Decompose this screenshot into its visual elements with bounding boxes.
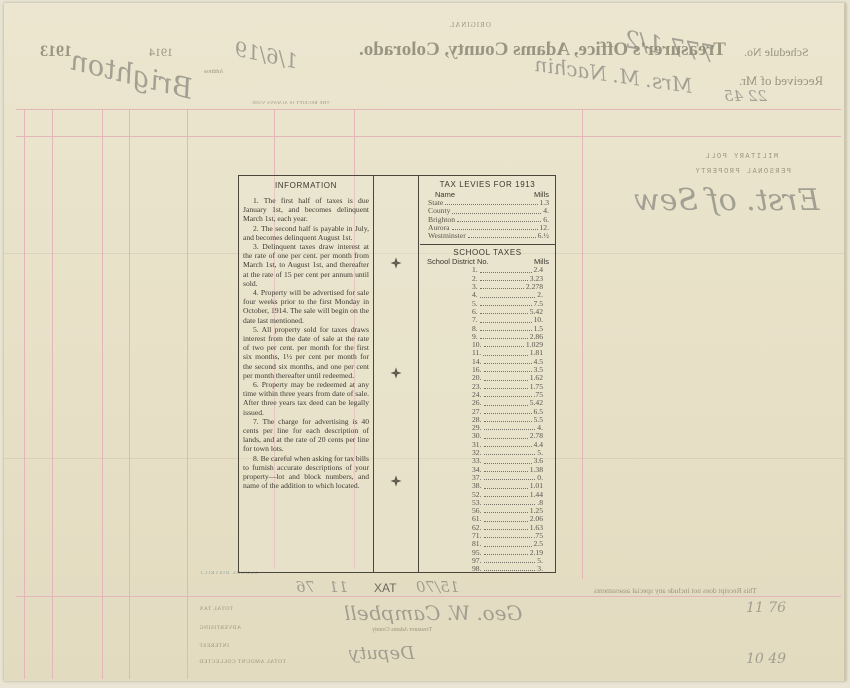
leader-dots <box>484 499 536 505</box>
leader-dots <box>480 266 532 272</box>
leader-dots <box>480 291 536 297</box>
tax-row-label: TAX <box>374 581 396 595</box>
school-district-list: 1.2.42.3.233.2.2784.2.5.7.56.5.427.10.8.… <box>420 266 555 573</box>
info-paragraph-2: 2. The second half is payable in July, a… <box>243 224 369 242</box>
information-heading: INFORMATION <box>239 181 373 190</box>
leader-dots <box>484 449 536 455</box>
leader-dots <box>480 325 532 331</box>
info-paragraph-5: 5. All property sold for taxes draws int… <box>243 325 369 380</box>
levy-divider <box>420 244 555 245</box>
year-printed: 1913 <box>40 43 72 61</box>
treasurer-signature: Geo. W. Campbell <box>344 601 522 625</box>
district-row: 98.3. <box>420 565 555 573</box>
handwritten-tax-dollars: 11 <box>329 578 348 596</box>
leader-dots <box>484 341 524 347</box>
handwritten-total-right: 11 76 <box>746 600 786 616</box>
district-row: 95.2.19 <box>420 549 555 557</box>
handwritten-tax-cents: 76 <box>296 578 315 596</box>
copy-label: ORIGINAL <box>449 21 491 29</box>
leader-dots <box>484 399 528 405</box>
info-paragraph-1: 1. The first half of taxes is due Januar… <box>243 196 369 224</box>
rule-line <box>16 109 841 110</box>
leader-dots <box>480 308 528 314</box>
handwritten-date: 1/6/19 <box>232 37 300 74</box>
ornament-cross-icon <box>389 474 403 488</box>
leader-dots <box>484 491 528 497</box>
leader-dots <box>484 374 528 380</box>
info-paragraph-8: 8. Be careful when asking for tax bills … <box>243 454 369 491</box>
tax-levies-heading: TAX LEVIES FOR 1913 <box>420 180 555 189</box>
rule-line <box>16 596 841 597</box>
rule-line <box>187 109 188 679</box>
advertising-label: ADVERTISING <box>199 625 241 631</box>
district-row-mills: 3. <box>537 565 543 573</box>
leader-dots <box>484 391 532 397</box>
deputy-signature: Deputy <box>349 643 415 664</box>
ornament-cross-icon <box>389 366 403 380</box>
leader-dots <box>484 565 536 571</box>
district-header: School District No. <box>427 257 489 266</box>
district-row: 34.1.38 <box>420 466 555 474</box>
district-row: 31.4.4 <box>420 441 555 449</box>
district-row: 97.5. <box>420 557 555 565</box>
leader-dots <box>468 232 536 238</box>
information-text: 1. The first half of taxes is due Januar… <box>239 196 373 491</box>
leader-dots <box>445 199 537 205</box>
ornament-cross-icon <box>389 256 403 270</box>
leader-dots <box>484 383 528 389</box>
district-row: 28.5.5 <box>420 416 555 424</box>
leader-dots <box>484 466 528 472</box>
information-column: INFORMATION 1. The first half of taxes i… <box>239 176 374 572</box>
leader-dots <box>452 224 538 230</box>
rule-line <box>582 109 583 579</box>
leader-dots <box>484 482 528 488</box>
rule-line <box>16 136 841 137</box>
leader-dots <box>480 275 528 281</box>
leader-dots <box>484 457 532 463</box>
leader-dots <box>484 408 532 414</box>
leader-dots <box>484 474 536 480</box>
rule-line <box>24 109 25 679</box>
rule-line <box>129 109 130 679</box>
treasurer-label: Treasurer Adams County <box>372 627 432 633</box>
leader-dots <box>484 507 528 513</box>
handwritten-amount: 22 45 <box>724 87 767 105</box>
district-row: 52.1.44 <box>420 491 555 499</box>
tax-receipt-paper: ORIGINAL Treasurer's Office, Adams Count… <box>4 3 846 681</box>
leader-dots <box>484 549 528 555</box>
handwritten-collected-right: 10 49 <box>746 651 786 667</box>
date-printed: 1914 <box>149 45 173 60</box>
leader-dots <box>484 432 528 438</box>
handwritten-personal: Erst. of Sew <box>634 183 819 218</box>
leader-dots <box>484 532 532 538</box>
leader-dots <box>484 515 528 521</box>
leader-dots <box>484 424 536 430</box>
info-paragraph-7: 7. The charge for advertising is 40 cent… <box>243 417 369 454</box>
leader-dots <box>457 216 541 222</box>
levy-row-label: Westminster <box>428 232 466 240</box>
schedule-label: Schedule No. <box>744 45 809 60</box>
leader-dots <box>484 416 532 422</box>
ornament-column <box>374 176 419 572</box>
personal-property-label: PERSONAL PROPERTY <box>694 168 791 176</box>
total-collected-label: TOTAL AMOUNT COLLECTED <box>199 659 286 665</box>
interest-label: INTEREST <box>199 643 229 649</box>
handwritten-schedule-no: 777 1/2 <box>622 25 718 69</box>
leader-dots <box>484 366 532 372</box>
leader-dots <box>480 283 524 289</box>
rule-line <box>52 109 53 679</box>
leader-dots <box>484 557 536 563</box>
payable-note: THE RECEIPT IS ALWAYS VOID <box>252 100 329 105</box>
leader-dots <box>484 540 532 546</box>
levy-list: State1.3County4.Brighton6.Aurora12.Westm… <box>420 199 555 240</box>
military-poll-label: MILITARY POLL <box>704 153 778 161</box>
district-row-label: 98. <box>472 565 482 573</box>
info-paragraph-3: 3. Delinquent taxes draw interest at the… <box>243 242 369 288</box>
leader-dots <box>452 207 541 213</box>
info-paragraph-4: 4. Property will be advertised for sale … <box>243 288 369 325</box>
levy-row-mills: 6.½ <box>538 232 549 240</box>
leader-dots <box>480 316 532 322</box>
school-taxes-heading: SCHOOL TAXES <box>420 248 555 257</box>
levy-row: Westminster6.½ <box>420 232 555 240</box>
handwritten-tax-rate: 15/70 <box>416 578 459 596</box>
information-slip: INFORMATION 1. The first half of taxes i… <box>238 175 556 573</box>
leader-dots <box>480 333 528 339</box>
total-tax-label: TOTAL TAX <box>199 606 233 612</box>
handwritten-address: Brighton <box>67 43 196 105</box>
rule-line <box>102 109 103 679</box>
assessment-note: This Receipt does not include any specia… <box>594 586 757 595</box>
leader-dots <box>480 300 532 306</box>
leader-dots <box>484 358 532 364</box>
district-row: 3.2.278 <box>420 283 555 291</box>
leader-dots <box>484 441 532 447</box>
tax-levies-column: TAX LEVIES FOR 1913 Name Mills State1.3C… <box>420 176 555 572</box>
leader-dots <box>484 524 528 530</box>
address-label: Address <box>204 69 224 75</box>
leader-dots <box>483 349 527 355</box>
info-paragraph-6: 6. Property may be redeemed at any time … <box>243 380 369 417</box>
